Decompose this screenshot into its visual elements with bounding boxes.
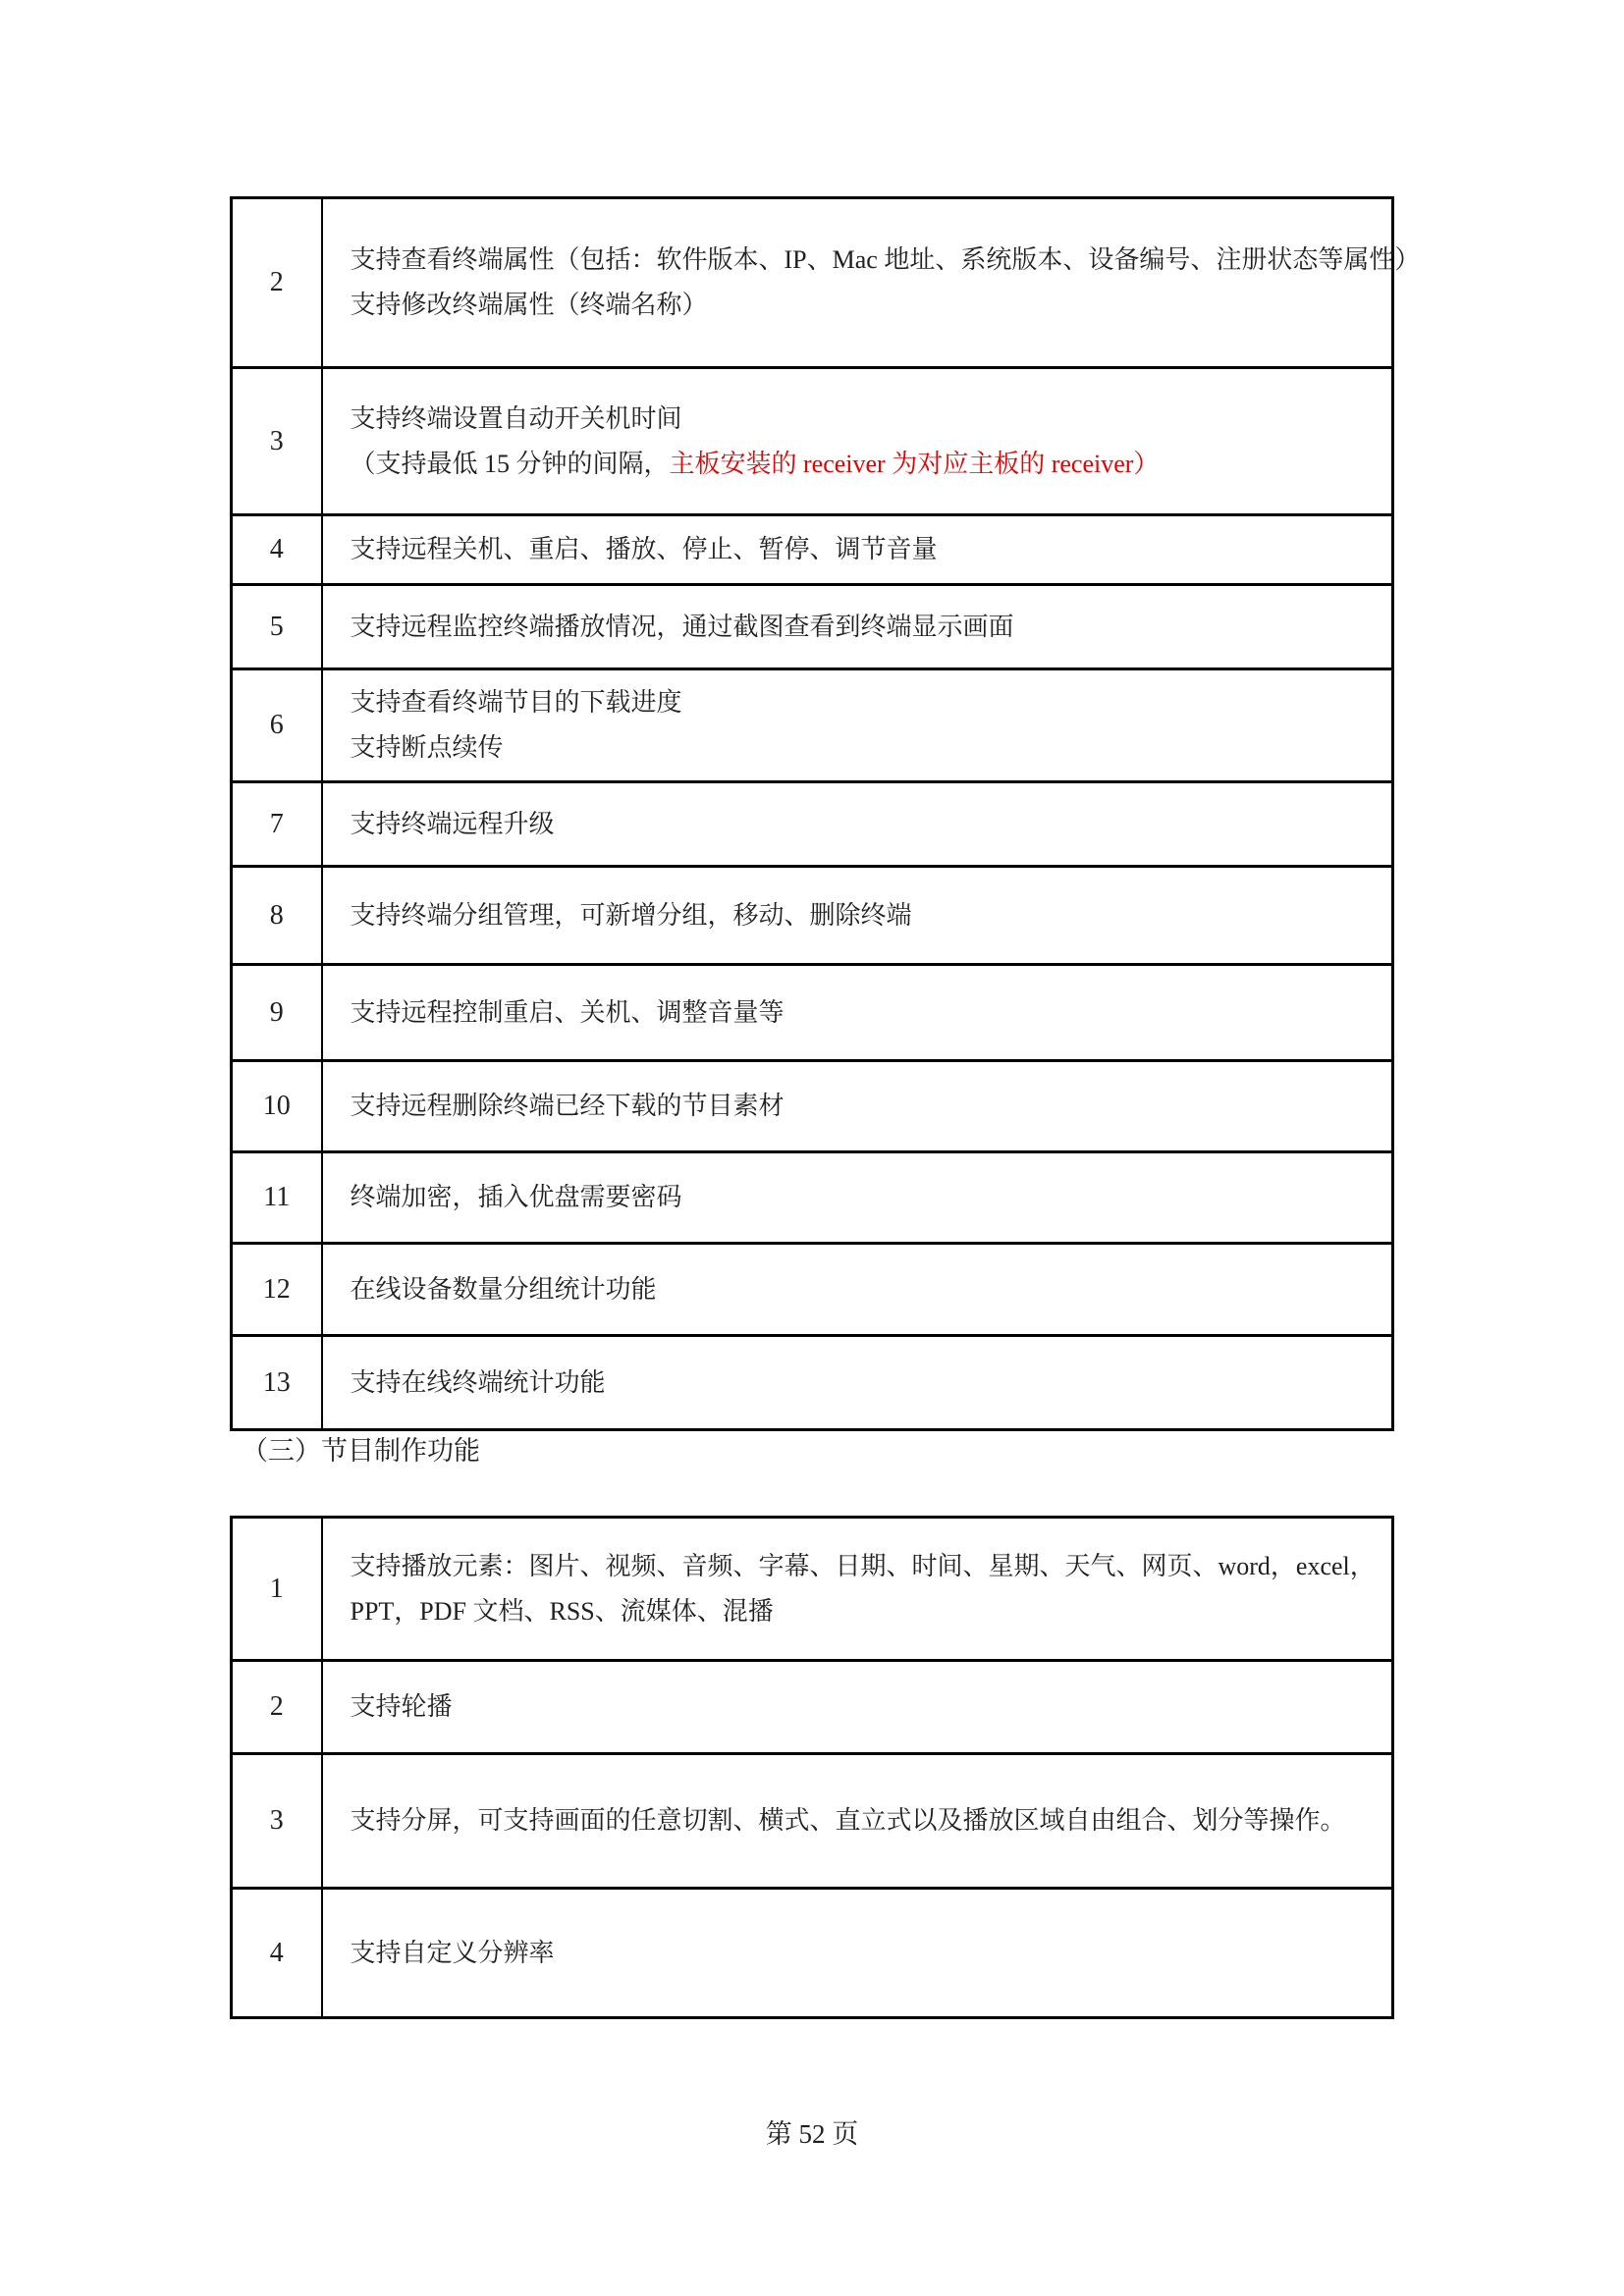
program-production-table: 1支持播放元素：图片、视频、音频、字幕、日期、时间、星期、天气、网页、word，… bbox=[230, 1516, 1394, 2019]
text-segment: 支持远程关机、重启、播放、停止、暂停、调节音量 bbox=[351, 535, 938, 563]
description-line: 支持自定义分辨率 bbox=[351, 1931, 1382, 1976]
text-segment: PPT，PDF 文档、RSS、流媒体、混播 bbox=[351, 1597, 774, 1626]
row-number-cell: 3 bbox=[232, 1754, 322, 1889]
description-line: 支持断点续传 bbox=[351, 725, 1382, 771]
text-segment: 支持轮播 bbox=[351, 1692, 453, 1721]
text-segment: 支持修改终端属性（终端名称） bbox=[351, 291, 708, 319]
text-segment: 支持断点续传 bbox=[351, 733, 504, 762]
description-line: 支持播放元素：图片、视频、音频、字幕、日期、时间、星期、天气、网页、word，e… bbox=[351, 1544, 1382, 1589]
row-description-cell: 支持远程删除终端已经下载的节目素材 bbox=[322, 1061, 1393, 1152]
row-description-cell: 支持远程控制重启、关机、调整音量等 bbox=[322, 965, 1393, 1061]
row-description-cell: 在线设备数量分组统计功能 bbox=[322, 1244, 1393, 1336]
row-number-cell: 13 bbox=[232, 1336, 322, 1430]
text-segment: 支持远程控制重启、关机、调整音量等 bbox=[351, 998, 785, 1027]
description-line: 在线设备数量分组统计功能 bbox=[351, 1267, 1382, 1312]
red-highlight-text: 主板安装的 receiver 为对应主板的 receiver） bbox=[670, 450, 1160, 478]
row-description-cell: 支持远程监控终端播放情况，通过截图查看到终端显示画面 bbox=[322, 585, 1393, 669]
row-number-cell: 2 bbox=[232, 1661, 322, 1754]
row-number-cell: 3 bbox=[232, 368, 322, 515]
table-row: 2支持查看终端属性（包括：软件版本、IP、Mac 地址、系统版本、设备编号、注册… bbox=[232, 198, 1393, 368]
row-description-cell: 终端加密，插入优盘需要密码 bbox=[322, 1152, 1393, 1244]
row-description-cell: 支持终端设置自动开关机时间（支持最低 15 分钟的间隔，主板安装的 receiv… bbox=[322, 368, 1393, 515]
description-line: 支持查看终端节目的下载进度 bbox=[351, 680, 1382, 725]
description-line: （支持最低 15 分钟的间隔，主板安装的 receiver 为对应主板的 rec… bbox=[351, 442, 1382, 487]
section-heading-program-production: （三）节目制作功能 bbox=[242, 1433, 480, 1468]
description-line: 支持远程关机、重启、播放、停止、暂停、调节音量 bbox=[351, 527, 1382, 572]
document-page: 2支持查看终端属性（包括：软件版本、IP、Mac 地址、系统版本、设备编号、注册… bbox=[0, 0, 1624, 2296]
text-segment: 支持远程删除终端已经下载的节目素材 bbox=[351, 1092, 785, 1120]
description-line: 支持远程控制重启、关机、调整音量等 bbox=[351, 990, 1382, 1036]
description-line: PPT，PDF 文档、RSS、流媒体、混播 bbox=[351, 1589, 1382, 1634]
text-segment: 支持终端远程升级 bbox=[351, 810, 555, 838]
row-description-cell: 支持远程关机、重启、播放、停止、暂停、调节音量 bbox=[322, 515, 1393, 585]
text-segment: 终端加密，插入优盘需要密码 bbox=[351, 1183, 682, 1211]
description-line: 支持终端设置自动开关机时间 bbox=[351, 397, 1382, 442]
description-line: 支持终端分组管理，可新增分组，移动、删除终端 bbox=[351, 893, 1382, 938]
text-segment: 支持播放元素：图片、视频、音频、字幕、日期、时间、星期、天气、网页、word，e… bbox=[351, 1552, 1376, 1580]
table-row: 9支持远程控制重启、关机、调整音量等 bbox=[232, 965, 1393, 1061]
row-number-cell: 11 bbox=[232, 1152, 322, 1244]
text-segment: 支持查看终端节目的下载进度 bbox=[351, 688, 682, 717]
text-segment: 支持终端分组管理，可新增分组，移动、删除终端 bbox=[351, 901, 912, 930]
text-segment: 支持自定义分辨率 bbox=[351, 1939, 555, 1967]
row-description-cell: 支持轮播 bbox=[322, 1661, 1393, 1754]
row-number-cell: 2 bbox=[232, 198, 322, 368]
row-number-cell: 8 bbox=[232, 867, 322, 965]
row-number-cell: 10 bbox=[232, 1061, 322, 1152]
text-segment: 支持在线终端统计功能 bbox=[351, 1368, 606, 1397]
table-row: 3支持分屏，可支持画面的任意切割、横式、直立式以及播放区域自由组合、划分等操作。 bbox=[232, 1754, 1393, 1889]
table-row: 6支持查看终端节目的下载进度支持断点续传 bbox=[232, 669, 1393, 782]
row-description-cell: 支持分屏，可支持画面的任意切割、横式、直立式以及播放区域自由组合、划分等操作。 bbox=[322, 1754, 1393, 1889]
row-description-cell: 支持播放元素：图片、视频、音频、字幕、日期、时间、星期、天气、网页、word，e… bbox=[322, 1518, 1393, 1661]
row-description-cell: 支持在线终端统计功能 bbox=[322, 1336, 1393, 1430]
row-number-cell: 4 bbox=[232, 1889, 322, 2018]
row-description-cell: 支持终端分组管理，可新增分组，移动、删除终端 bbox=[322, 867, 1393, 965]
terminal-management-table: 2支持查看终端属性（包括：软件版本、IP、Mac 地址、系统版本、设备编号、注册… bbox=[230, 196, 1394, 1431]
description-line: 支持终端远程升级 bbox=[351, 802, 1382, 847]
row-description-cell: 支持自定义分辨率 bbox=[322, 1889, 1393, 2018]
table-row: 12在线设备数量分组统计功能 bbox=[232, 1244, 1393, 1336]
table-row: 13支持在线终端统计功能 bbox=[232, 1336, 1393, 1430]
row-description-cell: 支持查看终端属性（包括：软件版本、IP、Mac 地址、系统版本、设备编号、注册状… bbox=[322, 198, 1393, 368]
table-row: 5支持远程监控终端播放情况，通过截图查看到终端显示画面 bbox=[232, 585, 1393, 669]
text-segment: 支持查看终端属性（包括：软件版本、IP、Mac 地址、系统版本、设备编号、注册状… bbox=[351, 245, 1421, 274]
row-number-cell: 6 bbox=[232, 669, 322, 782]
row-number-cell: 12 bbox=[232, 1244, 322, 1336]
description-line: 支持在线终端统计功能 bbox=[351, 1361, 1382, 1406]
table-row: 3支持终端设置自动开关机时间（支持最低 15 分钟的间隔，主板安装的 recei… bbox=[232, 368, 1393, 515]
terminal-management-table-body: 2支持查看终端属性（包括：软件版本、IP、Mac 地址、系统版本、设备编号、注册… bbox=[232, 198, 1393, 1430]
row-number-cell: 9 bbox=[232, 965, 322, 1061]
description-line: 支持查看终端属性（包括：软件版本、IP、Mac 地址、系统版本、设备编号、注册状… bbox=[351, 238, 1382, 283]
row-description-cell: 支持终端远程升级 bbox=[322, 782, 1393, 867]
row-number-cell: 1 bbox=[232, 1518, 322, 1661]
description-line: 终端加密，插入优盘需要密码 bbox=[351, 1175, 1382, 1220]
table-row: 7支持终端远程升级 bbox=[232, 782, 1393, 867]
text-segment: 在线设备数量分组统计功能 bbox=[351, 1275, 657, 1304]
row-number-cell: 5 bbox=[232, 585, 322, 669]
text-segment: （支持最低 15 分钟的间隔， bbox=[351, 450, 670, 478]
row-number-cell: 4 bbox=[232, 515, 322, 585]
description-line: 支持远程监控终端播放情况，通过截图查看到终端显示画面 bbox=[351, 605, 1382, 650]
description-line: 支持轮播 bbox=[351, 1684, 1382, 1730]
table-row: 11终端加密，插入优盘需要密码 bbox=[232, 1152, 1393, 1244]
description-line: 支持远程删除终端已经下载的节目素材 bbox=[351, 1084, 1382, 1129]
text-segment: 支持分屏，可支持画面的任意切割、横式、直立式以及播放区域自由组合、划分等操作。 bbox=[351, 1806, 1346, 1835]
table-row: 8支持终端分组管理，可新增分组，移动、删除终端 bbox=[232, 867, 1393, 965]
row-description-cell: 支持查看终端节目的下载进度支持断点续传 bbox=[322, 669, 1393, 782]
table-row: 4支持自定义分辨率 bbox=[232, 1889, 1393, 2018]
description-line: 支持分屏，可支持画面的任意切割、横式、直立式以及播放区域自由组合、划分等操作。 bbox=[351, 1798, 1382, 1843]
program-production-table-body: 1支持播放元素：图片、视频、音频、字幕、日期、时间、星期、天气、网页、word，… bbox=[232, 1518, 1393, 2018]
page-number-footer: 第 52 页 bbox=[0, 2112, 1624, 2151]
description-line: 支持修改终端属性（终端名称） bbox=[351, 283, 1382, 328]
table-row: 1支持播放元素：图片、视频、音频、字幕、日期、时间、星期、天气、网页、word，… bbox=[232, 1518, 1393, 1661]
text-segment: 支持远程监控终端播放情况，通过截图查看到终端显示画面 bbox=[351, 613, 1014, 641]
row-number-cell: 7 bbox=[232, 782, 322, 867]
text-segment: 支持终端设置自动开关机时间 bbox=[351, 404, 682, 433]
table-row: 2支持轮播 bbox=[232, 1661, 1393, 1754]
table-row: 10支持远程删除终端已经下载的节目素材 bbox=[232, 1061, 1393, 1152]
table-row: 4支持远程关机、重启、播放、停止、暂停、调节音量 bbox=[232, 515, 1393, 585]
